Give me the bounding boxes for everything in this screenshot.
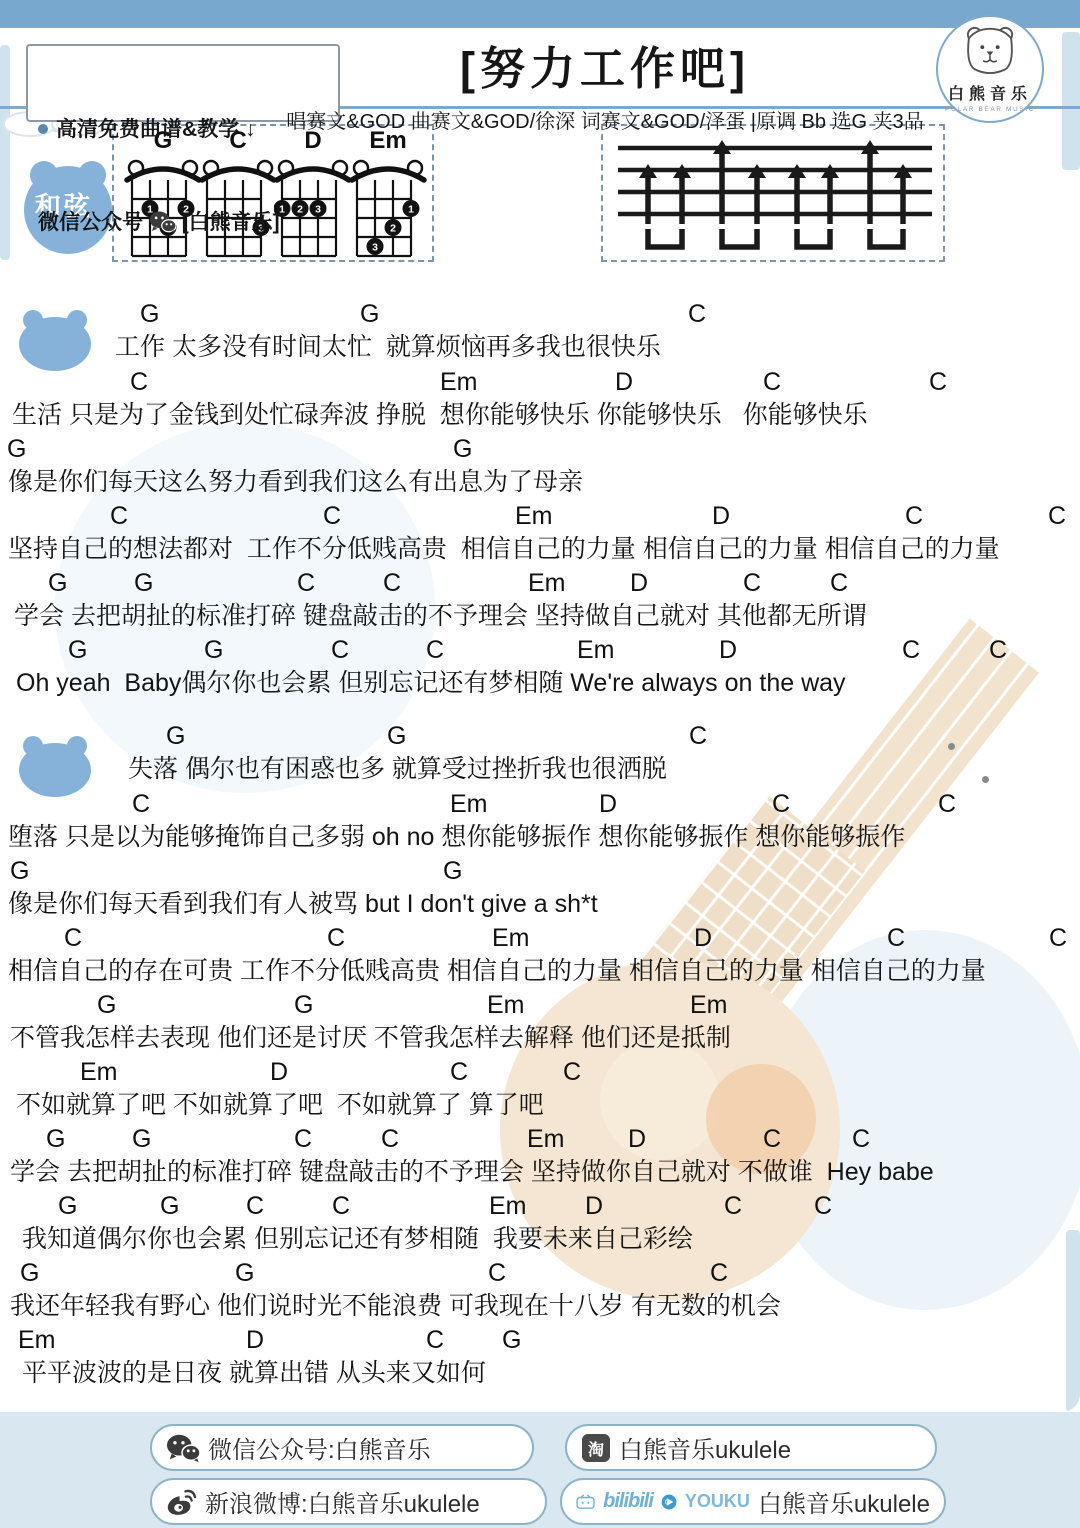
footer-pill-2[interactable]: 淘白熊音乐ukulele [565,1424,937,1471]
chord-label: G [160,1192,179,1221]
chord-label: G [443,857,462,886]
line-14: GGCCEmDCC我知道偶尔你也会累 但别忘记还有梦相随 我要未来自己彩绘 [0,1192,1080,1254]
wechat-icon [166,1433,200,1463]
chord-label: Em [440,368,478,397]
footer-pill-label: 微信公众号:白熊音乐 [208,1430,431,1465]
chord-label: C [110,502,128,531]
lyric-line: 不管我怎样去表现 他们还是讨厌 不管我怎样去解释 他们还是抵制 [10,1018,731,1054]
promo-line2: 微信公众号 [白熊音乐] [38,207,328,243]
chord-label: C [830,569,848,598]
line-7: GGC失落 偶尔也有困惑也多 就算受过挫折我也很洒脱 [0,722,1080,784]
line-12: EmDCC不如就算了吧 不如就算了吧 不如就算了 算了吧 [0,1058,1080,1120]
line-10: CCEmDCC相信自己的存在可贵 工作不分低贱高贵 相信自己的力量 相信自己的力… [0,924,1080,986]
chord-label: Em [492,924,530,953]
chord-sheet-page: 和弦 G123C3D123Em123 GGC工作 太多没有时间太忙 就算烦恼再多… [0,0,1080,1528]
lyric-line: 平平波波的是日夜 就算出错 从头来又如何 [22,1353,486,1389]
lyric-line: 我知道偶尔你也会累 但别忘记还有梦相随 我要未来自己彩绘 [22,1219,693,1255]
chord-label: C [902,636,920,665]
lyric-line: 学会 去把胡扯的标准打碎 键盘敲击的不予理会 坚持做自己就对 其他都无所谓 [14,596,867,632]
chord-label: D [599,790,617,819]
chord-label: C [323,502,341,531]
footer-pill-4[interactable]: bilibiliYOUKU白熊音乐ukulele [560,1478,946,1525]
logo-subtitle: POLAR BEAR MUSIC [938,106,1042,113]
chord-label: Em [487,991,525,1020]
lyric-line: 失落 偶尔也有困惑也多 就算受过挫折我也很洒脱 [128,749,667,785]
line-2: CEmDCC生活 只是为了金钱到处忙碌奔波 挣脱 想你能够快乐 你能够快乐 你能… [0,368,1080,430]
chord-label: C [772,790,790,819]
chord-label: C [763,1125,781,1154]
svg-text:淘: 淘 [588,1440,604,1459]
chord-label: Em [515,502,553,531]
chord-label: C [905,502,923,531]
lyric-line: 像是你们每天这么努力看到我们这么有出息为了母亲 [8,462,583,498]
chord-label: C [887,924,905,953]
footer-pill-3[interactable]: 新浪微博:白熊音乐ukulele [150,1478,547,1525]
chord-label: Em [690,991,728,1020]
chord-label: C [130,368,148,397]
youku-wordmark: YOUKU [685,1491,750,1512]
chord-label: C [724,1192,742,1221]
bilibili-icon [576,1489,595,1515]
lyric-line: 相信自己的存在可贵 工作不分低贱高贵 相信自己的力量 相信自己的力量 相信自己的… [8,951,986,987]
chord-label: G [294,991,313,1020]
chord-label: G [235,1259,254,1288]
footer-pill-label: 白熊音乐ukulele [758,1484,930,1519]
line-8: CEmDCC堕落 只是以为能够掩饰自己多弱 oh no 想你能够振作 想你能够振… [0,790,1080,852]
song-credits: 唱赛文&GOD 曲赛文&GOD/徐深 词赛文&GOD/泽蛋 |原调 Bb 选G … [270,105,940,134]
line-1: GGC工作 太多没有时间太忙 就算烦恼再多我也很快乐 [0,300,1080,362]
taobao-icon: 淘 [581,1433,611,1463]
chord-label: G [10,857,29,886]
chord-label: Em [528,569,566,598]
bilibili-wordmark: bilibili [603,1490,653,1513]
chord-label: C [332,1192,350,1221]
chord-label: C [688,300,706,329]
chord-label: C [331,636,349,665]
chord-label: G [20,1259,39,1288]
chord-label: Em [450,790,488,819]
lyric-line: 堕落 只是以为能够掩饰自己多弱 oh no 想你能够振作 想你能够振作 想你能够… [8,817,905,853]
chord-label: C [381,1125,399,1154]
chord-label: C [1048,502,1066,531]
chord-label: C [852,1125,870,1154]
line-3: GG像是你们每天这么努力看到我们这么有出息为了母亲 [0,435,1080,497]
chord-label: G [48,569,67,598]
chord-label: C [297,569,315,598]
chord-label: G [132,1125,151,1154]
chord-label: Em [80,1058,118,1087]
lyric-line: 我还年轻我有野心 他们说时光不能浪费 可我现在十八岁 有无数的机会 [10,1286,781,1322]
chord-label: G [453,435,472,464]
chord-label: D [270,1058,288,1087]
footer-pill-1[interactable]: 微信公众号:白熊音乐 [150,1424,534,1471]
lyric-line: 学会 去把胡扯的标准打碎 键盘敲击的不予理会 坚持做你自己就对 不做谁 Hey … [10,1152,934,1188]
lyric-line: 像是你们每天看到我们有人被骂 but I don't give a sh*t [8,884,598,920]
chord-label: C [1049,924,1067,953]
chord-label: G [134,569,153,598]
chord-label: D [694,924,712,953]
chord-label: Em [18,1326,56,1355]
chord-label: D [615,368,633,397]
chord-label: G [502,1326,521,1355]
chord-label: Em [489,1192,527,1221]
line-13: GGCCEmDCC学会 去把胡扯的标准打碎 键盘敲击的不予理会 坚持做你自己就对… [0,1125,1080,1187]
footer-pill-label: 新浪微博:白熊音乐ukulele [205,1484,480,1519]
line-4: CCEmDCC坚持自己的想法都对 工作不分低贱高贵 相信自己的力量 相信自己的力… [0,502,1080,564]
chord-label: C [132,790,150,819]
logo-name: 白熊音乐 [938,81,1042,104]
line-5: GGCCEmDCC学会 去把胡扯的标准打碎 键盘敲击的不予理会 坚持做自己就对 … [0,569,1080,631]
chord-label: G [46,1125,65,1154]
chord-label: C [64,924,82,953]
chord-label: D [585,1192,603,1221]
chord-label: D [719,636,737,665]
chord-label: C [710,1259,728,1288]
chord-label: C [989,636,1007,665]
chord-label: Em [527,1125,565,1154]
chord-label: G [387,722,406,751]
chord-label: D [712,502,730,531]
song-title: [努力工作吧] [270,32,940,97]
chord-label: Em [577,636,615,665]
chord-label: G [97,991,116,1020]
chord-label: C [488,1259,506,1288]
chord-label: C [763,368,781,397]
lyric-line: 工作 太多没有时间太忙 就算烦恼再多我也很快乐 [115,327,661,363]
chord-label: G [7,435,26,464]
wechat-icon [149,210,176,243]
chord-label: C [814,1192,832,1221]
chord-label: C [426,1326,444,1355]
footer-pill-label: 白熊音乐ukulele [619,1430,791,1465]
line-16: EmDCG平平波波的是日夜 就算出错 从头来又如何 [0,1326,1080,1388]
top-bar [0,0,1080,28]
weibo-icon [166,1487,197,1517]
chord-label: G [204,636,223,665]
chord-label: C [246,1192,264,1221]
chord-label: G [360,300,379,329]
chord-label: D [628,1125,646,1154]
chord-label: C [450,1058,468,1087]
bear-face-icon [961,25,1019,75]
lyric-line: 不如就算了吧 不如就算了吧 不如就算了 算了吧 [16,1085,544,1121]
chord-label: C [294,1125,312,1154]
line-9: GG像是你们每天看到我们有人被骂 but I don't give a sh*t [0,857,1080,919]
chord-label: G [166,722,185,751]
lyric-line: Oh yeah Baby偶尔你也会累 但别忘记还有梦相随 We're alway… [16,663,846,699]
polar-bear-logo: 白熊音乐 POLAR BEAR MUSIC [936,15,1044,123]
lyric-line: 坚持自己的想法都对 工作不分低贱高贵 相信自己的力量 相信自己的力量 相信自己的… [8,529,1000,565]
chord-label: D [246,1326,264,1355]
chord-label: G [68,636,87,665]
line-6: GGCCEmDCCOh yeah Baby偶尔你也会累 但别忘记还有梦相随 We… [0,636,1080,698]
chord-label: C [689,722,707,751]
line-11: GGEmEm不管我怎样去表现 他们还是讨厌 不管我怎样去解释 他们还是抵制 [0,991,1080,1053]
chord-label: C [383,569,401,598]
chord-label: C [327,924,345,953]
chord-label: C [929,368,947,397]
chord-label: C [563,1058,581,1087]
chord-label: G [58,1192,77,1221]
line-15: GGCC我还年轻我有野心 他们说时光不能浪费 可我现在十八岁 有无数的机会 [0,1259,1080,1321]
bullet-dot-icon [38,124,48,134]
chord-label: C [938,790,956,819]
chord-label: D [630,569,648,598]
chord-label: C [743,569,761,598]
chord-label: C [426,636,444,665]
lyric-line: 生活 只是为了金钱到处忙碌奔波 挣脱 想你能够快乐 你能够快乐 你能够快乐 [12,395,868,431]
youku-icon [661,1489,677,1515]
